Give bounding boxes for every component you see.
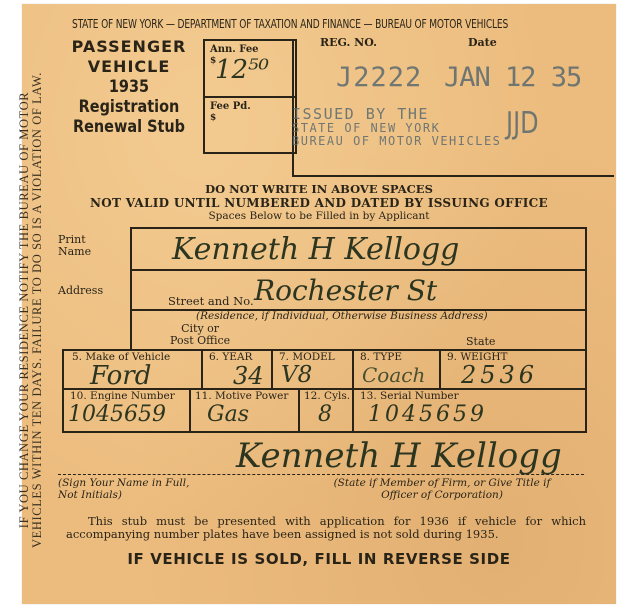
- street-field[interactable]: Rochester St: [254, 274, 437, 307]
- title-block: PASSENGER VEHICLE 1935 Registration Rene…: [58, 37, 200, 137]
- print-name-label: Print Name: [58, 234, 91, 258]
- not-valid-notice: NOT VALID UNTIL NUMBERED AND DATED BY IS…: [22, 196, 616, 210]
- make-of-vehicle-cell[interactable]: 5. Make of Vehicle Ford: [64, 351, 201, 388]
- street-label: Street and No.: [168, 294, 254, 308]
- annual-fee-value: 12⁵⁰: [215, 55, 269, 85]
- weight-cell[interactable]: 9. WEIGHT 2536: [441, 351, 585, 388]
- fee-box: Ann. Fee $ 12⁵⁰ Fee Pd. $: [203, 39, 297, 154]
- fee-paid-field[interactable]: Fee Pd. $: [205, 98, 295, 153]
- reg-no-label: REG. NO.: [320, 36, 377, 49]
- title-renewal-stub: Renewal Stub: [69, 117, 190, 137]
- signature-field[interactable]: Kenneth H Kellogg: [236, 436, 562, 476]
- year-cell[interactable]: 6. YEAR 34: [203, 351, 271, 388]
- annual-fee-field[interactable]: Ann. Fee $ 12⁵⁰: [205, 41, 295, 98]
- cylinders-cell[interactable]: 12. Cyls. 8: [300, 390, 352, 431]
- cylinders-label: 12. Cyls.: [304, 390, 350, 402]
- print-name-label-line2: Name: [58, 246, 91, 258]
- date-label: Date: [468, 36, 497, 49]
- sign-note-left: (Sign Your Name in Full, Not Initials): [58, 477, 189, 501]
- motive-power-value: Gas: [207, 402, 249, 427]
- motive-power-cell[interactable]: 11. Motive Power Gas: [191, 390, 298, 431]
- sidebar-notice-line2: VEHICLES WITHIN TEN DAYS. FAILURE TO DO …: [31, 20, 44, 600]
- cylinders-value: 8: [318, 402, 332, 427]
- motive-power-label: 11. Motive Power: [195, 390, 288, 402]
- registration-stub: IF YOU CHANGE YOUR RESIDENCE NOTIFY THE …: [22, 4, 616, 604]
- sign-note-right-line1: (State if Member of Firm, or Give Title …: [292, 477, 592, 489]
- title-passenger: PASSENGER: [58, 37, 200, 57]
- title-year: 1935: [69, 77, 190, 97]
- annual-fee-label: Ann. Fee: [210, 44, 259, 55]
- engine-number-value: 1045659: [68, 402, 166, 427]
- make-value: Ford: [90, 361, 151, 391]
- model-cell[interactable]: 7. MODEL V8: [273, 351, 352, 388]
- address-label: Address: [58, 284, 103, 297]
- sign-note-left-line1: (Sign Your Name in Full,: [58, 477, 189, 489]
- type-cell[interactable]: 8. TYPE Coach: [354, 351, 439, 388]
- vehicle-details-grid: 5. Make of Vehicle Ford 6. YEAR 34 7. MO…: [62, 349, 587, 433]
- type-value: Coach: [362, 363, 425, 387]
- sign-note-left-line2: Not Initials): [58, 489, 189, 501]
- city-label: City or Post Office: [170, 323, 230, 347]
- date-value: JAN 12 35: [444, 62, 581, 93]
- stamp-line1: ISSUED BY THE: [292, 107, 429, 122]
- issued-stamp: ISSUED BY THE: [292, 107, 429, 122]
- serial-number-label: 13. Serial Number: [360, 390, 459, 402]
- sign-note-right-line2: Officer of Corporation): [292, 489, 592, 501]
- sidebar-notice: IF YOU CHANGE YOUR RESIDENCE NOTIFY THE …: [18, 20, 44, 600]
- divider: [132, 269, 585, 271]
- model-value: V8: [281, 362, 312, 388]
- title-vehicle: VEHICLE: [58, 57, 200, 77]
- type-label: 8. TYPE: [360, 351, 402, 363]
- state-label: State: [466, 335, 495, 348]
- fee-paid-label: Fee Pd.: [210, 101, 251, 112]
- reverse-side-notice: IF VEHICLE IS SOLD, FILL IN REVERSE SIDE: [22, 550, 616, 568]
- do-not-write-notice: DO NOT WRITE IN ABOVE SPACES: [22, 182, 616, 196]
- notice-paragraph: This stub must be presented with applica…: [66, 515, 586, 541]
- engine-number-label: 10. Engine Number: [70, 390, 175, 402]
- title-registration: Registration: [69, 97, 190, 117]
- engine-number-cell[interactable]: 10. Engine Number 1045659: [64, 390, 189, 431]
- city-label-line2: Post Office: [170, 335, 230, 347]
- weight-value: 2536: [461, 361, 538, 389]
- sign-note-right: (State if Member of Firm, or Give Title …: [292, 477, 592, 501]
- stamp-initials: JJD: [506, 106, 539, 141]
- reg-no-value: J2222: [336, 62, 422, 93]
- fee-paid-currency: $: [210, 113, 216, 123]
- serial-number-value: 1045659: [368, 402, 487, 427]
- residence-note: (Residence, if Individual, Otherwise Bus…: [196, 310, 488, 322]
- serial-number-cell[interactable]: 13. Serial Number 1045659: [354, 390, 585, 431]
- year-value: 34: [233, 362, 264, 390]
- issued-stamp-lines: STATE OF NEW YORK BUREAU OF MOTOR VEHICL…: [292, 122, 501, 148]
- stamp-line3: BUREAU OF MOTOR VEHICLES: [292, 135, 501, 148]
- spaces-below-notice: Spaces Below to be Filled in by Applican…: [22, 210, 616, 222]
- agency-header: STATE OF NEW YORK — DEPARTMENT OF TAXATI…: [72, 17, 508, 31]
- signature-line: [58, 474, 584, 475]
- print-name-field[interactable]: Kenneth H Kellogg: [172, 232, 459, 267]
